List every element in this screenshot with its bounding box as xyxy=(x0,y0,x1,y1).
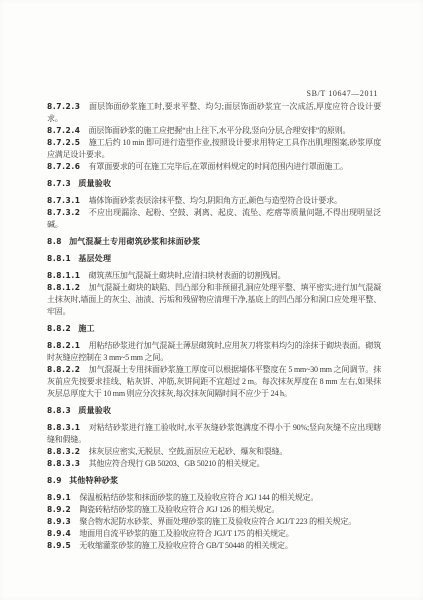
clause-number: 8.7.2.5 xyxy=(47,138,81,147)
document-body: 8.7.2.3面层饰面砂浆施工时,要求平整、均匀;面层饰面砂浆宜一次成活,厚度应… xyxy=(47,101,381,552)
clause-text: 保温板粘结砂浆和抹面砂浆的施工及验收应符合 JGJ 144 的相关规定。 xyxy=(79,493,318,502)
clause-paragraph: 8.9.4地面用自流平砂浆的施工及验收应符合 JGJ/T 175 的相关规定。 xyxy=(47,528,381,540)
clause-paragraph: 8.9.3聚合物水泥防水砂浆、界面处理砂浆的施工及验收应符合 JGJ/T 223… xyxy=(47,516,381,528)
clause-number: 8.7.2.6 xyxy=(47,162,81,171)
clause-text: 质量验收 xyxy=(78,406,111,415)
clause-number: 8.8.3.3 xyxy=(47,459,81,468)
clause-paragraph: 8.8.1.1砌筑蒸压加气混凝土砌块时,应清扫块材表面的切割残屑。 xyxy=(47,270,381,282)
document-page: SB/T 10647—2011 8.7.2.3面层饰面砂浆施工时,要求平整、均匀… xyxy=(0,0,423,600)
clause-text: 加气混凝土专用砌筑砂浆和抹面砂浆 xyxy=(69,237,200,246)
clause-paragraph: 8.7.3.1墙体饰面砂浆表层涂抹平整、均匀,阴阳角方正,颜色与造型符合设计要求… xyxy=(47,195,381,207)
clause-number: 8.8.3 xyxy=(47,406,71,415)
clause-number: 8.9.1 xyxy=(47,493,71,502)
clause-text: 聚合物水泥防水砂浆、界面处理砂浆的施工及验收应符合 JGJ/T 223 的相关规… xyxy=(79,517,356,526)
clause-number: 8.7.3 xyxy=(47,179,71,188)
clause-number: 8.7.3.1 xyxy=(47,196,81,205)
clause-text: 砌筑蒸压加气混凝土砌块时,应清扫块材表面的切割残屑。 xyxy=(89,271,286,280)
clause-number: 8.9.4 xyxy=(47,529,71,538)
section-heading: 8.8加气混凝土专用砌筑砂浆和抹面砂浆 xyxy=(47,236,381,248)
clause-paragraph: 8.8.2.2加气混凝土专用抹面砂浆施工厚度可以根据墙体平整度在 5 mm~30… xyxy=(47,364,381,400)
clause-paragraph: 8.9.5无收缩灌浆砂浆的施工及验收应符合 GB/T 50448 的相关规定。 xyxy=(47,540,381,552)
clause-number: 8.7.2.3 xyxy=(47,102,81,111)
clause-number: 8.7.2.4 xyxy=(47,126,81,135)
clause-text: 其他特种砂浆 xyxy=(69,476,118,485)
clause-text: 抹灰层应密实,无脱层、空鼓,面层应无起砂、爆灰和裂缝。 xyxy=(89,447,288,456)
clause-paragraph: 8.7.2.4面层饰面砂浆的施工应把握“由上往下,水平分段,竖向分层,合理安排”… xyxy=(47,125,381,137)
clause-text: 面层饰面砂浆的施工应把握“由上往下,水平分段,竖向分层,合理安排”的原则。 xyxy=(89,126,351,135)
clause-text: 无收缩灌浆砂浆的施工及验收应符合 GB/T 50448 的相关规定。 xyxy=(79,541,292,550)
clause-paragraph: 8.8.2.1用粘结砂浆进行加气混凝土薄层砌筑时,应用灰刀将浆料均匀的涂抹于砌块… xyxy=(47,340,381,364)
clause-paragraph: 8.7.2.6有罩面要求的可在施工完毕后,在罩面材料规定的时间范围内进行罩面施工… xyxy=(47,161,381,173)
clause-paragraph: 8.8.3.1对粘结砂浆进行施工验收时,水平灰缝砂浆饱满度不得小于 90%;竖向… xyxy=(47,422,381,446)
clause-paragraph: 8.8.3.2抹灰层应密实,无脱层、空鼓,面层应无起砂、爆灰和裂缝。 xyxy=(47,446,381,458)
clause-text: 有罩面要求的可在施工完毕后,在罩面材料规定的时间范围内进行罩面施工。 xyxy=(89,162,348,171)
clause-text: 加气混凝土专用抹面砂浆施工厚度可以根据墙体平整度在 5 mm~30 mm 之间调… xyxy=(47,365,381,398)
clause-text: 施工后约 10 min 即可进行造型作业,按照设计要求用特定工具作出肌理图案,砂… xyxy=(47,138,381,159)
section-heading: 8.9其他特种砂浆 xyxy=(47,475,381,487)
section-heading: 8.8.3质量验收 xyxy=(47,405,381,417)
clause-text: 用粘结砂浆进行加气混凝土薄层砌筑时,应用灰刀将浆料均匀的涂抹于砌块表面。砌筑时灰… xyxy=(47,341,381,362)
clause-paragraph: 8.9.2陶瓷砖粘结砂浆的施工及验收应符合 JGJ 126 的相关规定。 xyxy=(47,504,381,516)
clause-number: 8.8.1.1 xyxy=(47,271,81,280)
clause-text: 加气混凝土砌块的缺陷、凹凸部分和非预留孔洞应处理平整、填平密实;进行加气混凝土抹… xyxy=(47,283,381,316)
clause-text: 质量验收 xyxy=(78,179,111,188)
clause-text: 施工 xyxy=(78,324,94,333)
clause-text: 地面用自流平砂浆的施工及验收应符合 JGJ/T 175 的相关规定。 xyxy=(79,529,293,538)
clause-number: 8.8.1 xyxy=(47,254,71,263)
clause-text: 陶瓷砖粘结砂浆的施工及验收应符合 JGJ 126 的相关规定。 xyxy=(79,505,279,514)
clause-number: 8.8.3.1 xyxy=(47,423,81,432)
clause-text: 面层饰面砂浆施工时,要求平整、均匀;面层饰面砂浆宜一次成活,厚度应符合设计要求。 xyxy=(47,102,381,123)
clause-number: 8.9.5 xyxy=(47,541,71,550)
clause-number: 8.9.3 xyxy=(47,517,71,526)
clause-number: 8.9.2 xyxy=(47,505,71,514)
clause-paragraph: 8.9.1保温板粘结砂浆和抹面砂浆的施工及验收应符合 JGJ 144 的相关规定… xyxy=(47,492,381,504)
standard-number-header: SB/T 10647—2011 xyxy=(307,89,378,98)
clause-paragraph: 8.8.1.2加气混凝土砌块的缺陷、凹凸部分和非预留孔洞应处理平整、填平密实;进… xyxy=(47,282,381,318)
clause-text: 不应出现漏涂、起粉、空鼓、剥离、起皮、流坠、疙瘩等质量问题,不得出现明显泛碱。 xyxy=(47,208,381,229)
clause-number: 8.8 xyxy=(47,237,62,246)
clause-number: 8.8.1.2 xyxy=(47,283,81,292)
clause-paragraph: 8.8.3.3其他应符合现行 GB 50203、GB 50210 的相关规定。 xyxy=(47,458,381,470)
clause-text: 基层处理 xyxy=(78,254,111,263)
clause-paragraph: 8.7.2.3面层饰面砂浆施工时,要求平整、均匀;面层饰面砂浆宜一次成活,厚度应… xyxy=(47,101,381,125)
clause-text: 对粘结砂浆进行施工验收时,水平灰缝砂浆饱满度不得小于 90%;竖向灰缝不应出现瞎… xyxy=(47,423,381,444)
clause-number: 8.8.3.2 xyxy=(47,447,81,456)
section-heading: 8.8.1基层处理 xyxy=(47,253,381,265)
clause-number: 8.7.3.2 xyxy=(47,208,81,217)
clause-number: 8.8.2.2 xyxy=(47,365,81,374)
clause-number: 8.8.2.1 xyxy=(47,341,81,350)
clause-number: 8.9 xyxy=(47,476,62,485)
section-heading: 8.8.2施工 xyxy=(47,323,381,335)
clause-number: 8.8.2 xyxy=(47,324,71,333)
section-heading: 8.7.3质量验收 xyxy=(47,178,381,190)
clause-text: 墙体饰面砂浆表层涂抹平整、均匀,阴阳角方正,颜色与造型符合设计要求。 xyxy=(89,196,342,205)
clause-paragraph: 8.7.2.5施工后约 10 min 即可进行造型作业,按照设计要求用特定工具作… xyxy=(47,137,381,161)
clause-text: 其他应符合现行 GB 50203、GB 50210 的相关规定。 xyxy=(89,459,265,468)
clause-paragraph: 8.7.3.2不应出现漏涂、起粉、空鼓、剥离、起皮、流坠、疙瘩等质量问题,不得出… xyxy=(47,207,381,231)
